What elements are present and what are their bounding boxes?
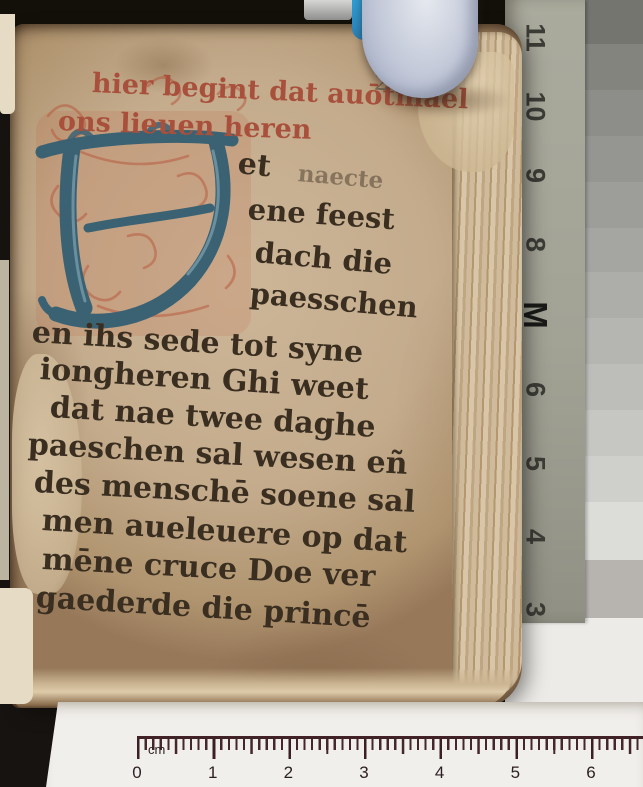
facing-page-edge-top [0,14,15,114]
manuscript-page: hier begint dat auōtmael ons lieuen here… [10,24,522,708]
cm-number-4: 4 [427,763,453,783]
cm-ruler: cm 0 1 2 3 4 5 6 [137,736,643,782]
vruler-label-5: 5 [520,429,551,499]
vruler-label-6: 6 [520,355,551,425]
text-line-1: et [236,146,272,184]
vruler-label-9: 9 [520,141,551,211]
vruler-label-4: 4 [520,502,551,572]
cm-number-3: 3 [351,763,377,783]
vruler-label-3: 3 [520,575,551,645]
cm-number-5: 5 [502,763,528,783]
cm-number-6: 6 [578,763,604,783]
cm-number-0: 0 [124,763,150,783]
cm-number-1: 1 [200,763,226,783]
vruler-label-11: 11 [520,3,551,73]
metal-clamp [304,0,352,20]
vruler-label-10: 10 [520,72,551,142]
facing-page-edge-middle [0,260,9,580]
cm-ruler-cm-ticks [137,739,643,759]
grayscale-step-wedge [583,0,643,623]
cm-number-2: 2 [275,763,301,783]
photo-scene: 11 10 9 8 M 6 5 4 3 [0,0,643,787]
facing-page-edge-bottom [0,588,33,704]
cm-unit-label: cm [148,742,165,757]
vruler-label-8: 8 [520,210,551,280]
